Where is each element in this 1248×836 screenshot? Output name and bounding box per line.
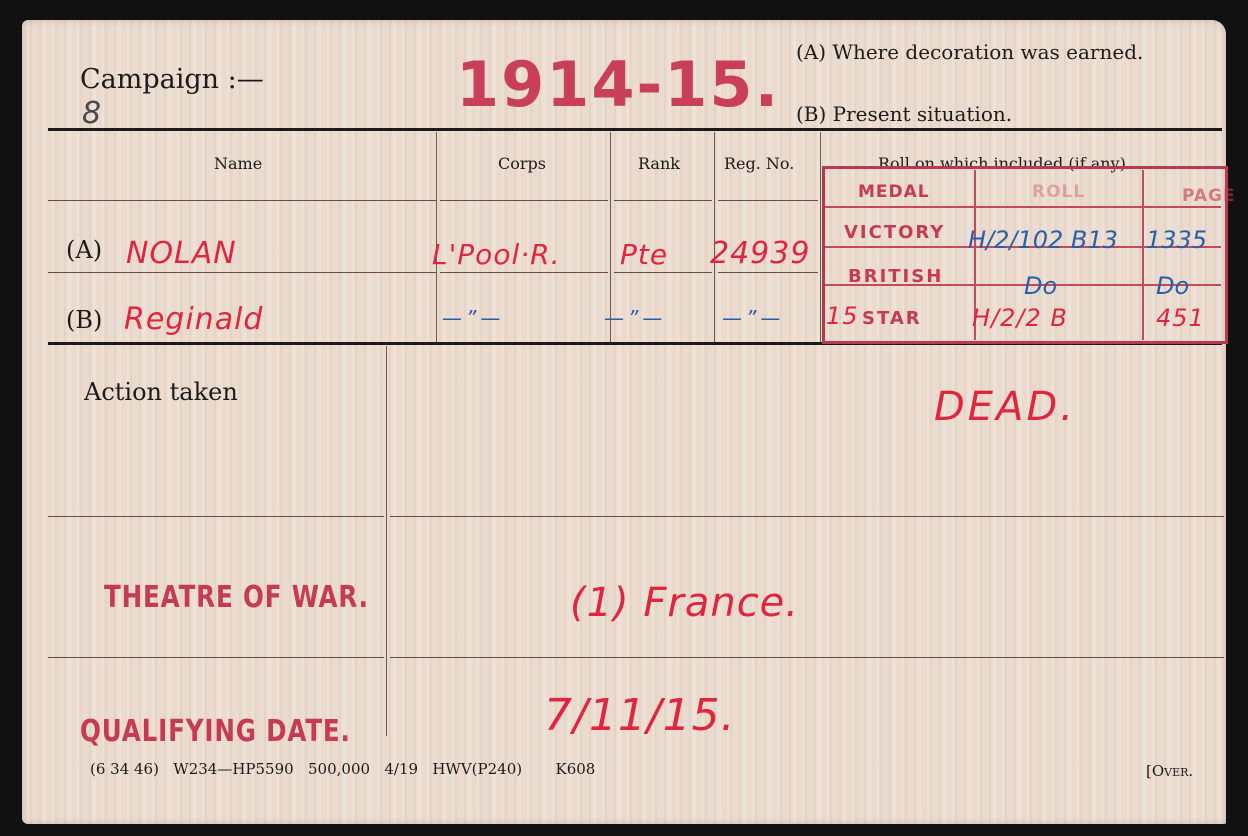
header-underline <box>440 200 608 201</box>
top-rule <box>48 128 1222 131</box>
british-roll: Do <box>1024 272 1057 300</box>
medal-index-card: Campaign :— 8 1914-15. (A) Where decorat… <box>22 20 1226 824</box>
lower-row-divider <box>390 516 1224 517</box>
row-divider <box>614 272 712 273</box>
stamp-header-page: PAGE <box>1182 186 1236 206</box>
stamp-divider <box>1142 170 1144 340</box>
footer-code-2: W234—HP5590 <box>173 760 293 778</box>
row-divider <box>718 272 818 273</box>
corps: L'Pool·R. <box>432 238 560 271</box>
qualifying-date-stamp: QUALIFYING DATE. <box>80 714 351 749</box>
star-prefix: 15 <box>826 302 859 330</box>
regimental-number: 24939 <box>710 236 810 271</box>
victory-roll: H/2/102 B13 <box>968 226 1118 254</box>
year-stamp: 1914-15. <box>456 48 780 121</box>
header-reg-no: Reg. No. <box>724 154 794 173</box>
action-taken-label: Action taken <box>84 378 238 406</box>
header-corps: Corps <box>498 154 546 173</box>
stamp-header-medal: MEDAL <box>858 182 930 202</box>
surname: NOLAN <box>126 236 237 271</box>
action-note-dead: DEAD. <box>934 384 1076 430</box>
footer-code-4: 4/19 <box>384 760 418 778</box>
footer-code-1: (6 34 46) <box>90 760 159 778</box>
star-page: 451 <box>1156 304 1205 332</box>
lower-row-divider <box>390 657 1224 658</box>
victory-page: 1335 <box>1146 226 1207 254</box>
legend-b: (B) Present situation. <box>796 102 1012 126</box>
col-divider <box>820 132 821 342</box>
footer-code-5: HWV(P240) <box>432 760 522 778</box>
header-underline <box>614 200 712 201</box>
row-divider <box>48 272 436 273</box>
theatre-of-war-value: (1) France. <box>570 580 799 626</box>
star-roll: H/2/2 B <box>972 304 1068 332</box>
rank: Pte <box>620 238 668 271</box>
row-divider <box>440 272 608 273</box>
campaign-handwritten-number: 8 <box>82 96 101 131</box>
qualifying-date-value: 7/11/15. <box>544 690 736 741</box>
lower-col-divider <box>386 346 387 736</box>
legend-a: (A) Where decoration was earned. <box>796 40 1143 64</box>
row-a-marker: (A) <box>66 236 102 264</box>
row-b-marker: (B) <box>66 306 102 334</box>
footer-code-6: K608 <box>556 760 596 778</box>
header-rank: Rank <box>638 154 680 173</box>
corps-ditto: —”— <box>442 306 504 330</box>
stamp-header-roll: ROLL <box>1032 182 1085 202</box>
stamp-medal-star: STAR <box>862 308 922 329</box>
campaign-label: Campaign :— <box>80 64 264 95</box>
lower-row-divider <box>48 516 384 517</box>
forename: Reginald <box>124 302 263 337</box>
theatre-of-war-stamp: THEATRE OF WAR. <box>104 580 369 615</box>
header-underline <box>48 200 436 201</box>
over-label: [Over. <box>1146 762 1193 780</box>
stamp-medal-british: BRITISH <box>848 266 943 287</box>
reg-no-ditto: —”— <box>722 306 784 330</box>
stamp-medal-victory: VICTORY <box>844 222 945 243</box>
header-underline <box>718 200 818 201</box>
lower-row-divider <box>48 657 384 658</box>
header-name: Name <box>214 154 262 173</box>
col-divider <box>436 132 437 342</box>
rank-ditto: —”— <box>604 306 666 330</box>
british-page: Do <box>1156 272 1189 300</box>
print-code-footer: (6 34 46) W234—HP5590 500,000 4/19 HWV(P… <box>90 760 595 778</box>
stamp-divider <box>825 206 1221 208</box>
footer-code-3: 500,000 <box>308 760 370 778</box>
